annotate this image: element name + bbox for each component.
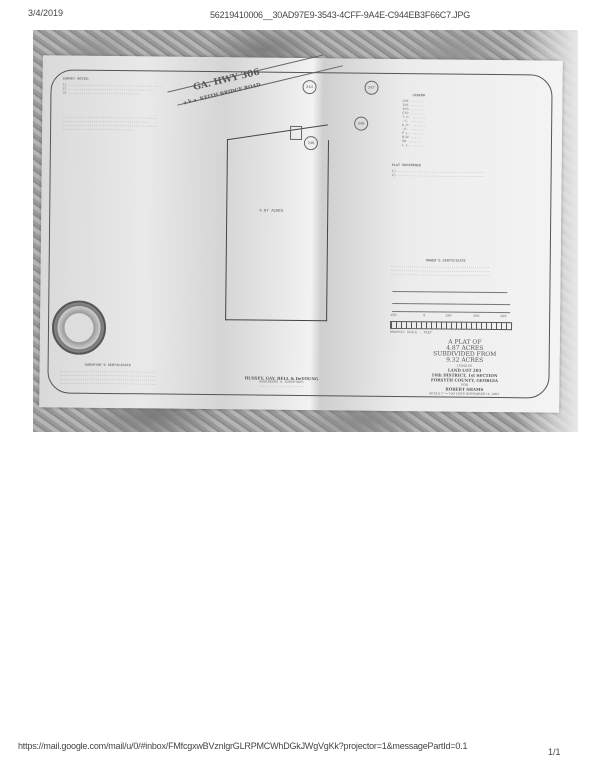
area-label: 4.87 ACRES bbox=[259, 210, 283, 214]
title-block: A PLAT OF 4.87 ACRES SUBDIVIDED FROM 9.3… bbox=[409, 339, 520, 396]
engineer-block: HUSSEY, GAY, BELL & DeYOUNG ENGINEERS & … bbox=[244, 375, 318, 389]
page-number: 1/1 bbox=[548, 747, 561, 757]
owners-certificate-title: OWNER'S CERTIFICATE bbox=[426, 259, 466, 263]
graphic-scale-bar bbox=[390, 321, 512, 330]
plat-photo: SURVEY NOTES: 1) .......................… bbox=[33, 30, 578, 432]
lot-circle: 248 bbox=[354, 117, 368, 131]
lot-circle: 244 bbox=[302, 80, 316, 94]
surveyor-seal bbox=[52, 300, 107, 355]
graphic-scale-label: GRAPHIC SCALE - FEET bbox=[390, 331, 432, 335]
survey-notes-title: SURVEY NOTES: bbox=[63, 77, 90, 81]
parcel-boundary bbox=[225, 139, 329, 321]
print-date: 3/4/2019 bbox=[28, 8, 63, 18]
surveyors-certificate-title: SURVEYOR'S CERTIFICATE bbox=[85, 364, 131, 368]
legend-title: LEGEND bbox=[412, 94, 425, 98]
plat-reference-title: PLAT REFERENCE bbox=[392, 164, 421, 168]
lot-circle: 247 bbox=[364, 81, 378, 95]
print-url: https://mail.google.com/mail/u/0/#inbox/… bbox=[18, 741, 467, 751]
print-filename: 56219410006__30AD97E9-3543-4CFF-9A4E-C94… bbox=[210, 10, 470, 20]
house-icon bbox=[290, 126, 302, 140]
plat-sheet: SURVEY NOTES: 1) .......................… bbox=[39, 55, 563, 412]
